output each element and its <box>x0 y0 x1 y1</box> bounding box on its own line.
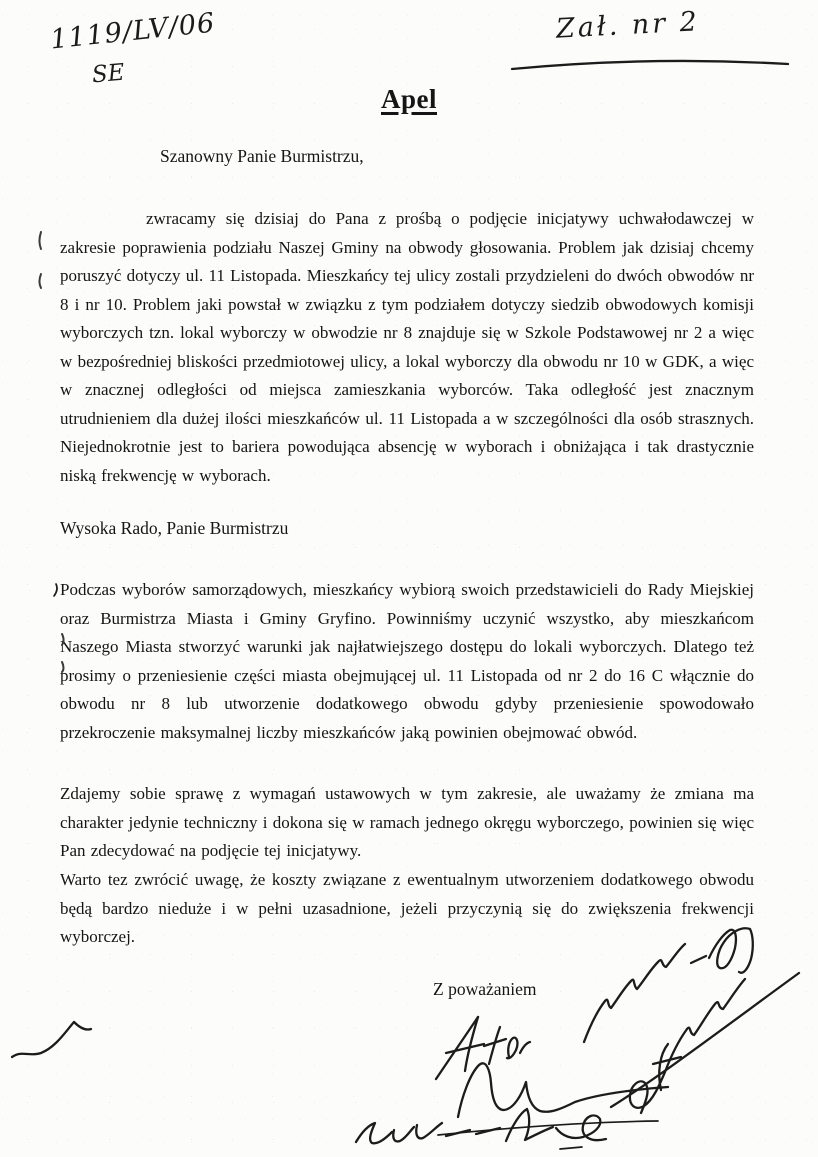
closing-phrase: Z poważaniem <box>433 979 537 1000</box>
vocative-line: Wysoka Rado, Panie Burmistrzu <box>60 518 288 539</box>
document-title: Apel <box>0 84 818 115</box>
paragraph-1: zwracamy się dzisiaj do Pana z prośbą o … <box>60 205 754 490</box>
salutation: Szanowny Panie Burmistrzu, <box>160 146 364 167</box>
stray-comma-mark <box>54 584 57 596</box>
handwritten-signature-2 <box>458 1063 668 1117</box>
handwritten-signature-1 <box>436 1017 530 1079</box>
stray-pen-mark <box>12 1022 91 1057</box>
handwritten-reference-number: 1119/LV/06 <box>49 7 217 55</box>
paragraph-2: Podczas wyborów samorządowych, mieszkańc… <box>60 576 754 747</box>
scan-artifact-mark <box>40 232 42 249</box>
handwritten-attachment-note: Zał. nr 2 <box>555 6 700 44</box>
paragraph-3: Zdajemy sobie sprawę z wymagań ustawowyc… <box>60 780 754 866</box>
scanned-letter-page: 1119/LV/06 SE Zał. nr 2 Apel Szanowny Pa… <box>0 0 818 1157</box>
handwritten-signature-4 <box>611 973 799 1113</box>
scan-artifact-mark <box>40 274 42 288</box>
handwritten-signature-5 <box>356 1109 658 1149</box>
paragraph-4: Warto tez zwrócić uwagę, że koszty związ… <box>60 866 754 952</box>
handwritten-underline-stroke <box>512 61 788 69</box>
